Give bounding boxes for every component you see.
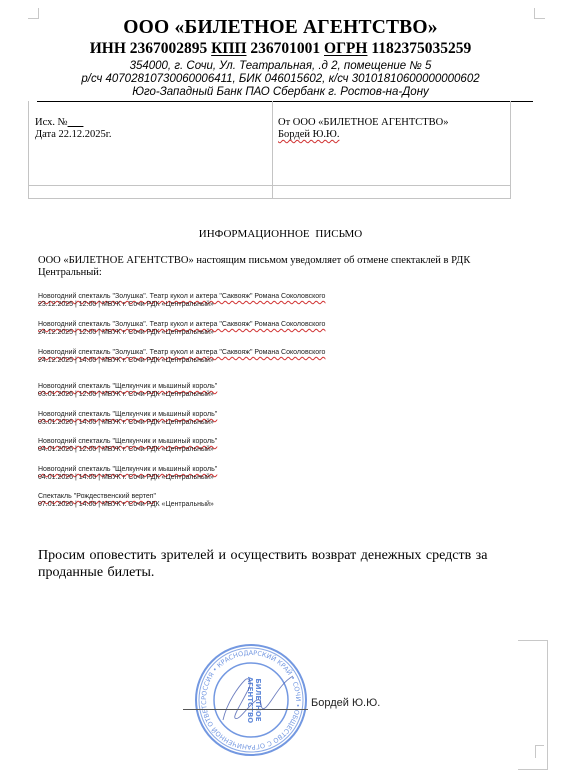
table-row-divider xyxy=(29,185,510,186)
letter-date: Дата 22.12.2025г. xyxy=(35,129,112,141)
ogrn-value: 1182375035259 xyxy=(371,40,471,57)
signature-line xyxy=(183,709,308,710)
table-column-divider xyxy=(272,101,273,198)
company-name: ООО «БИЛЕТНОЕ АГЕНТСТВО» xyxy=(0,17,561,39)
event-item: Новогодний спектакль "Золушка". Театр ку… xyxy=(38,349,325,365)
sender-line: От ООО «БИЛЕТНОЕ АГЕНТСТВО» xyxy=(278,117,449,129)
event-item: Новогодний спектакль "Щелкунчик и мышины… xyxy=(38,411,217,427)
event-title: Новогодний спектакль "Золушка". Театр ку… xyxy=(38,349,325,357)
company-stamp-icon: РОССИЯ • КРАСНОДАРСКИЙ КРАЙ • СОЧИ • ОБЩ… xyxy=(193,642,309,758)
event-title: Спектакль "Рождественский вертеп" xyxy=(38,493,214,501)
inn-label: ИНН xyxy=(90,40,126,57)
outgoing-number-label: Исх. № xyxy=(35,117,68,128)
ogrn-label: ОГРН xyxy=(324,40,367,57)
company-address: 354000, г. Сочи, Ул. Театральная, .д 2, … xyxy=(0,60,561,72)
bank-name: Юго-Западный Банк ПАО Сбербанк г. Ростов… xyxy=(0,86,561,98)
event-title: Новогодний спектакль "Золушка". Театр ку… xyxy=(38,293,325,301)
event-item: Спектакль "Рождественский вертеп" 07.01.… xyxy=(38,493,214,509)
event-details: 03.01.2026 | 12:00 | МБУК г. Сочи РДК «Ц… xyxy=(38,391,217,399)
closing-paragraph: Просим оповестить зрителей и осуществить… xyxy=(38,547,518,581)
event-item: Новогодний спектакль "Щелкунчик и мышины… xyxy=(38,466,217,482)
kpp-value: 236701001 xyxy=(250,40,320,57)
letter-heading: ИНФОРМАЦИОННОЕ ПИСЬМО xyxy=(0,228,561,240)
signer-name: Бордей Ю.Ю. xyxy=(311,697,380,709)
event-details: 23.12.2025 | 12:00 | МБУК г. Сочи РДК «Ц… xyxy=(38,301,325,309)
event-details: 24.12.2025 | 12:00 | МБУК г. Сочи РДК «Ц… xyxy=(38,329,325,337)
header-table xyxy=(28,101,511,199)
event-details: 03.01.2026 | 14:00 | МБУК г. Сочи РДК «Ц… xyxy=(38,419,217,427)
event-details: 04.01.2026 | 14:00 | МБУК г. Сочи РДК «Ц… xyxy=(38,474,217,482)
outgoing-number-field[interactable]: Исх. №___ xyxy=(35,117,83,129)
event-title: Новогодний спектакль "Золушка". Театр ку… xyxy=(38,321,325,329)
kpp-label: КПП xyxy=(211,40,246,57)
event-title: Новогодний спектакль "Щелкунчик и мышины… xyxy=(38,438,217,446)
event-item: Новогодний спектакль "Золушка". Театр ку… xyxy=(38,293,325,309)
event-title: Новогодний спектакль "Щелкунчик и мышины… xyxy=(38,411,217,419)
sender-name: Бордей Ю.Ю. xyxy=(278,129,339,141)
page-corner-bottom-right xyxy=(535,745,544,758)
registration-line: ИНН 2367002895 КПП 236701001 ОГРН 118237… xyxy=(0,40,561,58)
inn-value: 2367002895 xyxy=(130,40,208,57)
event-details: 07.01.2026 | 14:00 | МБУК г. Сочи РДК «Ц… xyxy=(38,501,214,509)
letter-intro: ООО «БИЛЕТНОЕ АГЕНТСТВО» настоящим письм… xyxy=(38,255,508,279)
event-details: 24.12.2025 | 14:00 | МБУК г. Сочи РДК «Ц… xyxy=(38,357,325,365)
event-item: Новогодний спектакль "Щелкунчик и мышины… xyxy=(38,438,217,454)
event-item: Новогодний спектакль "Щелкунчик и мышины… xyxy=(38,383,217,399)
event-title: Новогодний спектакль "Щелкунчик и мышины… xyxy=(38,466,217,474)
event-item: Новогодний спектакль "Золушка". Театр ку… xyxy=(38,321,325,337)
event-details: 04.01.2026 | 12:00 | МБУК г. Сочи РДК «Ц… xyxy=(38,446,217,454)
outgoing-number-blank: ___ xyxy=(68,117,84,128)
bank-details: р/сч 40702810730060006411, БИК 046015602… xyxy=(0,73,561,85)
event-title: Новогодний спектакль "Щелкунчик и мышины… xyxy=(38,383,217,391)
